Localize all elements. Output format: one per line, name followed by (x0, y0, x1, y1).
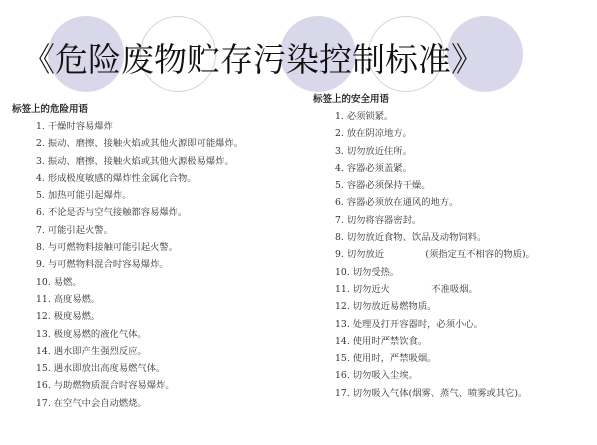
list-item: 3. 切勿放近住所。 (313, 143, 535, 160)
list-item: 4. 容器必须盖紧。 (313, 160, 535, 177)
list-item: 17. 切勿吸入气体(烟雾、蒸气、喷雾或其它)。 (313, 385, 535, 402)
list-item: 15. 使用时，严禁吸烟。 (313, 350, 535, 367)
danger-phrases-list: 1. 干燥时容易爆炸 2. 振动、磨擦、接触火焰或其他火源即可能爆炸。 3. 振… (12, 118, 243, 412)
list-item: 16. 切勿吸入尘埃。 (313, 367, 535, 384)
safety-phrases-list: 1. 必须锁紧。 2. 放在阴凉地方。 3. 切勿放近住所。 4. 容器必须盖紧… (313, 108, 535, 402)
list-item: 2. 振动、磨擦、接触火焰或其他火源即可能爆炸。 (12, 135, 243, 152)
list-item: 5. 容器必须保持干燥。 (313, 177, 535, 194)
list-item: 14. 遇水即产生强烈反应。 (12, 343, 243, 360)
list-item: 16. 与助燃物质混合时容易爆炸。 (12, 377, 243, 394)
list-item: 14. 使用时严禁饮食。 (313, 333, 535, 350)
danger-phrases-heading: 标签上的危险用语 (12, 101, 243, 115)
page-title: 《危险废物贮存污染控制标准》 (22, 34, 484, 81)
list-item: 11. 高度易燃。 (12, 291, 243, 308)
list-item: 10. 切勿受热。 (313, 264, 535, 281)
list-item: 17. 在空气中会自动燃烧。 (12, 395, 243, 412)
safety-phrases-section: 标签上的安全用语 1. 必须锁紧。 2. 放在阴凉地方。 3. 切勿放近住所。 … (313, 91, 535, 402)
list-item: 2. 放在阴凉地方。 (313, 125, 535, 142)
list-item: 11. 切勿近火 不准吸烟。 (313, 281, 535, 298)
list-item: 4. 形成极度敏感的爆炸性金属化合物。 (12, 170, 243, 187)
list-item: 6. 容器必须放在通风的地方。 (313, 194, 535, 211)
safety-phrases-heading: 标签上的安全用语 (313, 91, 535, 105)
list-item: 9. 切勿放近 (须指定互不相容的物质)。 (313, 246, 535, 263)
list-item: 12. 极度易燃。 (12, 308, 243, 325)
list-item: 9. 与可燃物料混合时容易爆炸。 (12, 256, 243, 273)
list-item: 1. 必须锁紧。 (313, 108, 535, 125)
list-item: 5. 加热可能引起爆炸。 (12, 187, 243, 204)
list-item: 7. 切勿将容器密封。 (313, 212, 535, 229)
list-item: 13. 极度易燃的液化气体。 (12, 326, 243, 343)
list-item: 10. 易燃。 (12, 274, 243, 291)
list-item: 15. 遇水即放出高度易燃气体。 (12, 360, 243, 377)
list-item: 12. 切勿放近易燃物质。 (313, 298, 535, 315)
list-item: 6. 不论是否与空气接触都容易爆炸。 (12, 204, 243, 221)
list-item: 7. 可能引起火警。 (12, 222, 243, 239)
list-item: 13. 处理及打开容器时，必须小心。 (313, 316, 535, 333)
danger-phrases-section: 标签上的危险用语 1. 干燥时容易爆炸 2. 振动、磨擦、接触火焰或其他火源即可… (12, 101, 243, 412)
list-item: 3. 振动、磨擦、接触火焰或其他火源极易爆炸。 (12, 153, 243, 170)
list-item: 8. 与可燃物料接触可能引起火警。 (12, 239, 243, 256)
list-item: 1. 干燥时容易爆炸 (12, 118, 243, 135)
list-item: 8. 切勿放近食物、饮品及动物饲料。 (313, 229, 535, 246)
